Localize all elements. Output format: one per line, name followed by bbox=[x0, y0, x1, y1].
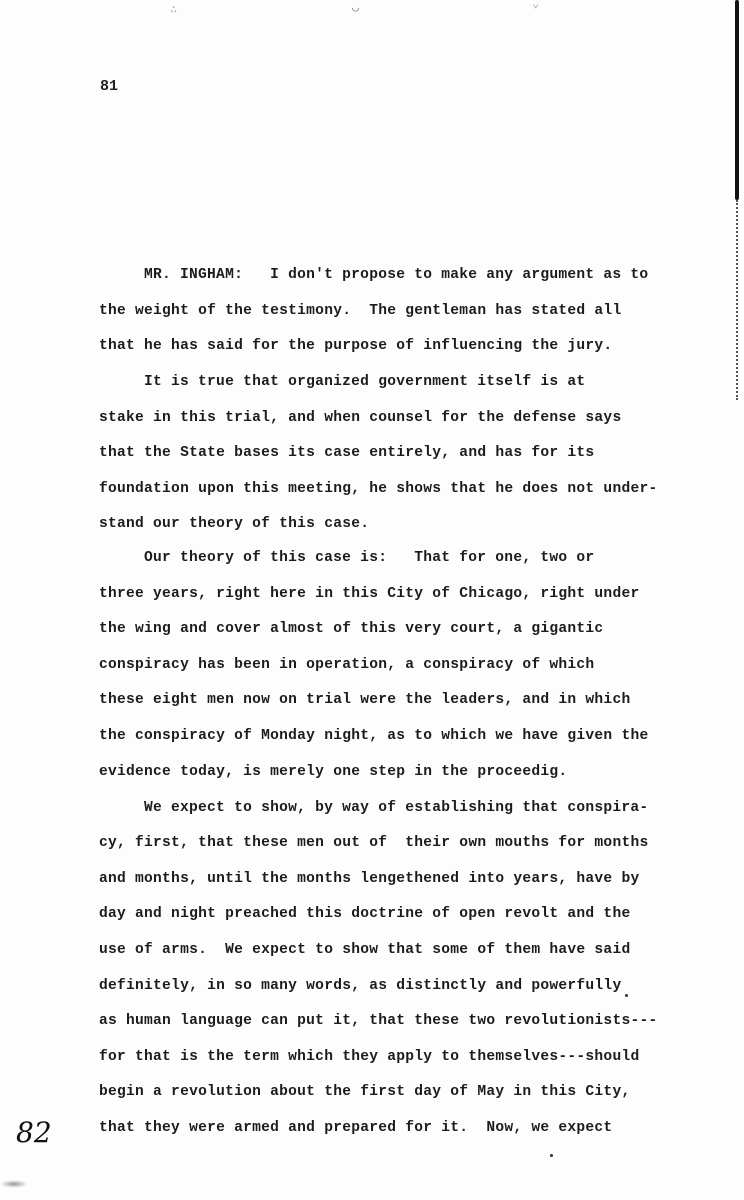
text-line: Our theory of this case is: That for one… bbox=[144, 549, 594, 567]
text-line: evidence today, is merely one step in th… bbox=[99, 763, 567, 781]
text-line: that he has said for the purpose of infl… bbox=[99, 337, 612, 355]
text-line: the conspiracy of Monday night, as to wh… bbox=[99, 727, 648, 745]
page-number: 81 bbox=[100, 78, 118, 95]
text-line: day and night preached this doctrine of … bbox=[99, 905, 630, 923]
text-line: MR. INGHAM: I don't propose to make any … bbox=[144, 266, 648, 284]
handwritten-page-annotation: 82 bbox=[16, 1116, 52, 1149]
typewritten-page: ∴ ◡ ⌄ 81 MR. INGHAM: I don't propose to … bbox=[0, 0, 744, 1200]
text-line: the weight of the testimony. The gentlem… bbox=[99, 302, 621, 320]
text-line: these eight men now on trial were the le… bbox=[99, 691, 630, 709]
text-line: as human language can put it, that these… bbox=[99, 1012, 657, 1030]
text-line: that the State bases its case entirely, … bbox=[99, 444, 594, 462]
text-line: the wing and cover almost of this very c… bbox=[99, 620, 603, 638]
text-line: three years, right here in this City of … bbox=[99, 585, 639, 603]
ink-speck bbox=[625, 994, 628, 997]
ink-speck bbox=[550, 1154, 553, 1157]
text-line: that they were armed and prepared for it… bbox=[99, 1119, 612, 1137]
text-line: for that is the term which they apply to… bbox=[99, 1048, 639, 1066]
page-edge-faint bbox=[736, 200, 738, 400]
text-line: definitely, in so many words, as distinc… bbox=[99, 977, 621, 995]
scan-artifact: ∴ bbox=[170, 2, 177, 17]
text-line: begin a revolution about the first day o… bbox=[99, 1083, 630, 1101]
text-line: and months, until the months lengethened… bbox=[99, 870, 639, 888]
text-line: use of arms. We expect to show that some… bbox=[99, 941, 630, 959]
scan-artifact: ◡ bbox=[352, 0, 359, 15]
text-line: conspiracy has been in operation, a cons… bbox=[99, 656, 594, 674]
page-edge-shadow bbox=[735, 0, 739, 200]
text-line: We expect to show, by way of establishin… bbox=[144, 799, 648, 817]
text-line: foundation upon this meeting, he shows t… bbox=[99, 480, 657, 498]
scan-artifact: ⌄ bbox=[532, 0, 539, 11]
text-line: stake in this trial, and when counsel fo… bbox=[99, 409, 621, 427]
text-line: stand our theory of this case. bbox=[99, 515, 369, 533]
text-line: cy, first, that these men out of their o… bbox=[99, 834, 648, 852]
scan-smudge bbox=[0, 1180, 28, 1188]
text-line: It is true that organized government its… bbox=[144, 373, 585, 391]
